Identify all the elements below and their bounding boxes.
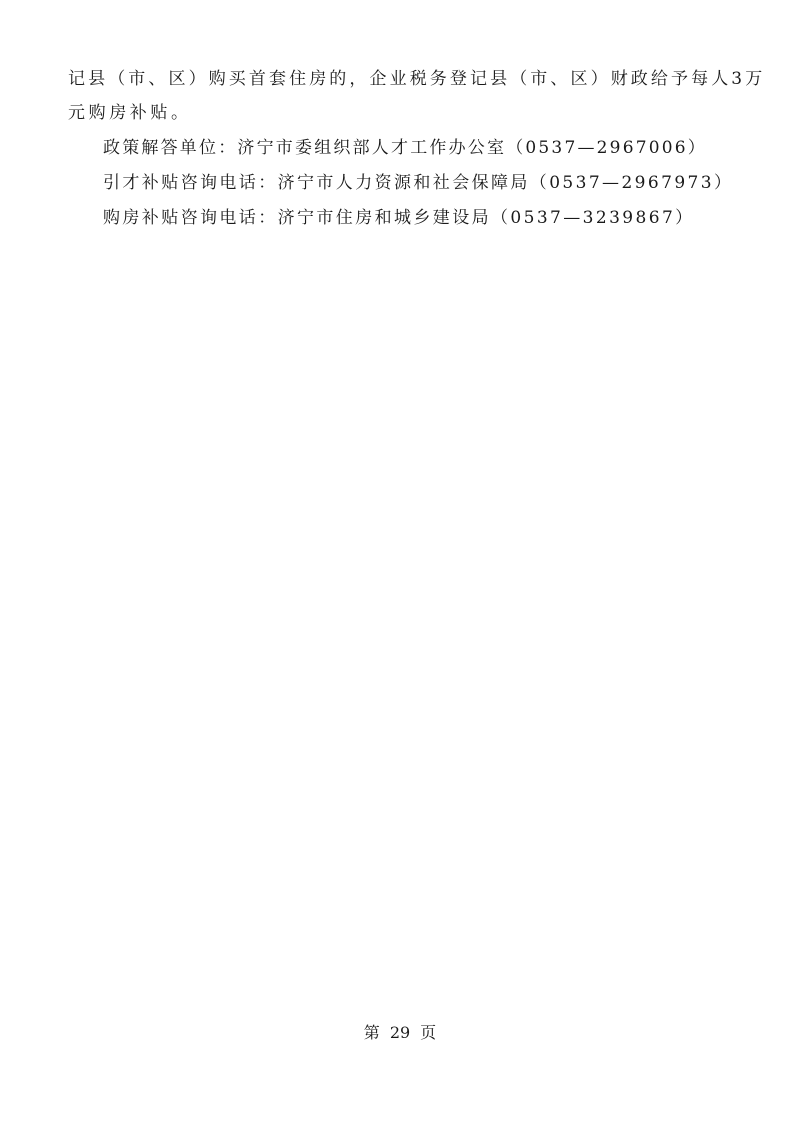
housing-subsidy-contact: 购房补贴咨询电话：济宁市住房和城乡建设局（0537—3239867） — [103, 207, 695, 229]
page-number: 29 — [390, 1023, 410, 1042]
page-prefix: 第 — [364, 1023, 380, 1042]
paragraph-line-2: 元购房补贴。 — [68, 102, 192, 124]
paragraph-line-1: 记县（市、区）购买首套住房的，企业税务登记县（市、区）财政给予每人3万 — [68, 68, 765, 90]
policy-contact-unit: 政策解答单位：济宁市委组织部人才工作办公室（0537—2967006） — [103, 137, 707, 159]
page-footer: 第29页 — [0, 1022, 800, 1044]
document-page: 记县（市、区）购买首套住房的，企业税务登记县（市、区）财政给予每人3万 元购房补… — [0, 0, 800, 1137]
talent-subsidy-contact: 引才补贴咨询电话：济宁市人力资源和社会保障局（0537—2967973） — [103, 172, 733, 194]
page-suffix: 页 — [420, 1023, 436, 1042]
